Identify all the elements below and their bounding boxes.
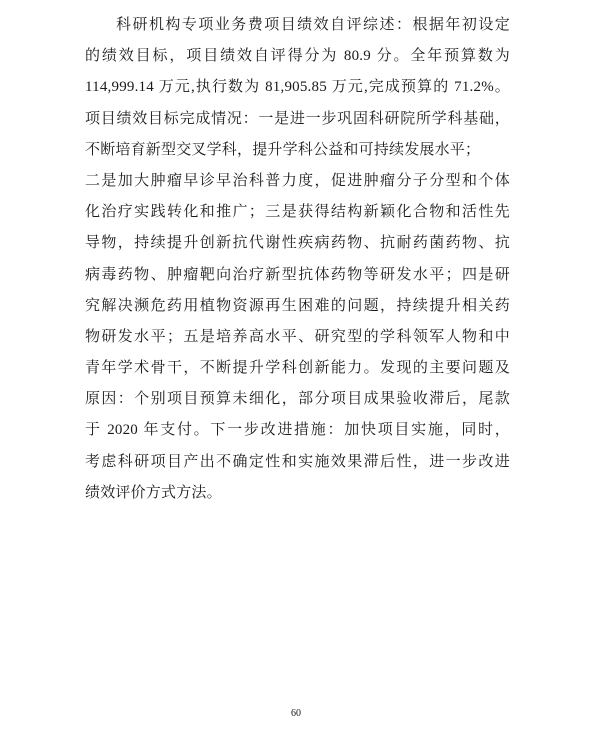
paragraph-line: 导物，持续提升创新抗代谢性疾病药物、抗耐药菌药物、抗 [85, 228, 510, 259]
paragraph-line: 项目绩效目标完成情况：一是进一步巩固科研院所学科基础， [85, 104, 510, 135]
paragraph-line: 114,999.14 万元,执行数为 81,905.85 万元,完成预算的 71… [85, 72, 510, 103]
paragraph-line: 究解决濒危药用植物资源再生困难的问题，持续提升相关药 [85, 291, 510, 322]
paragraph-line: 二是加大肿瘤早诊早治科普力度，促进肿瘤分子分型和个体 [85, 166, 510, 197]
self-evaluation-paragraph: 科研机构专项业务费项目绩效自评综述：根据年初设定 的绩效目标，项目绩效自评得分为… [85, 10, 510, 509]
document-page: 科研机构专项业务费项目绩效自评综述：根据年初设定 的绩效目标，项目绩效自评得分为… [0, 0, 592, 753]
paragraph-line: 绩效评价方式方法。 [85, 478, 510, 509]
paragraph-line: 科研机构专项业务费项目绩效自评综述：根据年初设定 [85, 10, 510, 41]
paragraph-line: 病毒药物、肿瘤靶向治疗新型抗体药物等研发水平；四是研 [85, 260, 510, 291]
paragraph-line: 于 2020 年支付。下一步改进措施：加快项目实施，同时， [85, 415, 510, 446]
paragraph-line: 不断培育新型交叉学科，提升学科公益和可持续发展水平； [85, 135, 510, 166]
paragraph-line: 原因：个别项目预算未细化，部分项目成果验收滞后，尾款 [85, 384, 510, 415]
paragraph-line: 的绩效目标，项目绩效自评得分为 80.9 分。全年预算数为 [85, 41, 510, 72]
page-number: 60 [0, 706, 592, 722]
paragraph-line: 化治疗实践转化和推广；三是获得结构新颖化合物和活性先 [85, 197, 510, 228]
paragraph-line: 物研发水平；五是培养高水平、研究型的学科领军人物和中 [85, 322, 510, 353]
paragraph-line: 考虑科研项目产出不确定性和实施效果滞后性，进一步改进 [85, 447, 510, 478]
paragraph-line: 青年学术骨干，不断提升学科创新能力。发现的主要问题及 [85, 353, 510, 384]
